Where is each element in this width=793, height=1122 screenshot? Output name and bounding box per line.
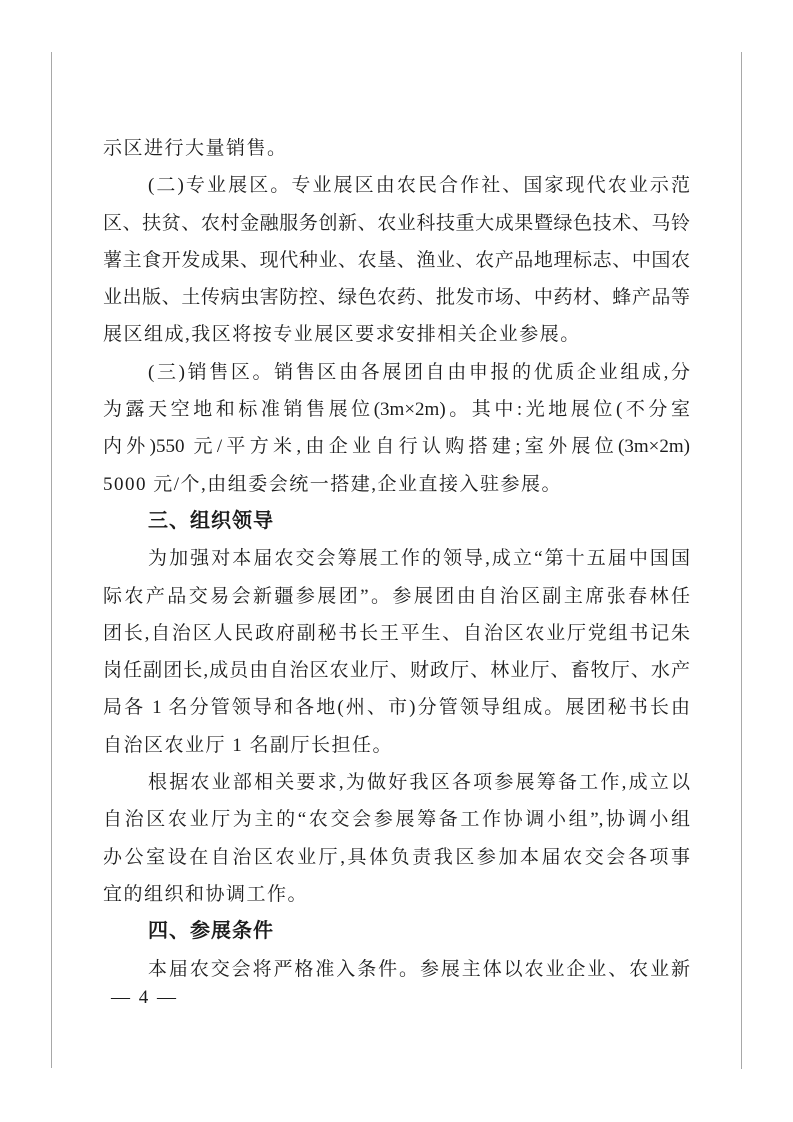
text-line: 为加强对本届农交会筹展工作的领导,成立“第十五届中国国	[103, 540, 690, 577]
page-edge-line-right	[741, 52, 742, 1069]
text-line: 区、扶贫、农村金融服务创新、农业科技重大成果暨绿色技术、马铃	[103, 205, 690, 242]
text-line: 示区进行大量销售。	[103, 130, 690, 167]
page-edge-line-left	[51, 52, 52, 1068]
text-line: 业出版、土传病虫害防控、绿色农药、批发市场、中药材、蜂产品等	[103, 279, 690, 316]
text-line: 展区组成,我区将按专业展区要求安排相关企业参展。	[103, 316, 690, 353]
text-line: (三)销售区。销售区由各展团自由申报的优质企业组成,分	[103, 354, 690, 391]
text-line: 际农产品交易会新疆参展团”。参展团由自治区副主席张春林任	[103, 578, 690, 615]
page-number: — 4 —	[111, 987, 178, 1009]
text-line: 根据农业部相关要求,为做好我区各项参展筹备工作,成立以	[103, 764, 690, 801]
text-line: (二)专业展区。专业展区由农民合作社、国家现代农业示范	[103, 167, 690, 204]
text-line: 团长,自治区人民政府副秘书长王平生、自治区农业厅党组书记朱	[103, 615, 690, 652]
text-line: 为露天空地和标准销售展位(3m×2m)。其中:光地展位(不分室	[103, 391, 690, 428]
text-line: 自治区农业厅 1 名副厅长担任。	[103, 727, 690, 764]
text-line: 内外)550 元/平方米,由企业自行认购搭建;室外展位(3m×2m)	[103, 428, 690, 465]
text-line: 自治区农业厅为主的“农交会参展筹备工作协调小组”,协调小组	[103, 801, 690, 838]
text-line: 薯主食开发成果、现代种业、农垦、渔业、农产品地理标志、中国农	[103, 242, 690, 279]
text-line: 办公室设在自治区农业厅,具体负责我区参加本届农交会各项事	[103, 839, 690, 876]
heading-organization-leadership: 三、组织领导	[103, 503, 690, 540]
document-body: 示区进行大量销售。 (二)专业展区。专业展区由农民合作社、国家现代农业示范 区、…	[103, 130, 690, 988]
text-line: 局各 1 名分管领导和各地(州、市)分管领导组成。展团秘书长由	[103, 689, 690, 726]
heading-exhibition-conditions: 四、参展条件	[103, 913, 690, 950]
text-line: 5000 元/个,由组委会统一搭建,企业直接入驻参展。	[103, 466, 690, 503]
text-line: 宜的组织和协调工作。	[103, 876, 690, 913]
text-line: 本届农交会将严格准入条件。参展主体以农业企业、农业新	[103, 951, 690, 988]
text-line: 岗任副团长,成员由自治区农业厅、财政厅、林业厅、畜牧厅、水产	[103, 652, 690, 689]
